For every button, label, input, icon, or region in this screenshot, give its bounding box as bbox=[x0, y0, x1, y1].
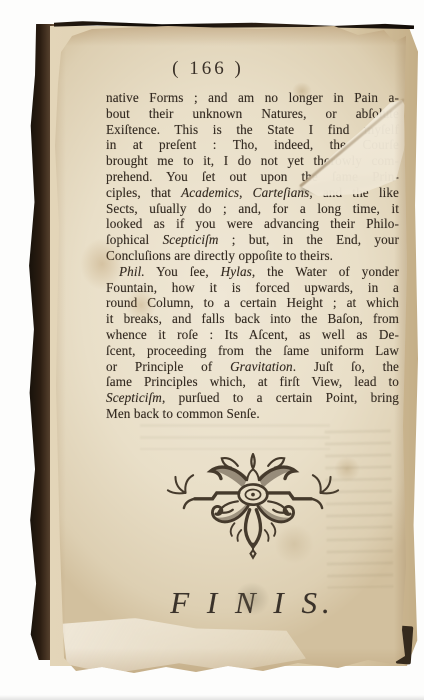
abrasion-patch bbox=[62, 618, 306, 676]
text-segment: Concluſions are directly oppoſite to the… bbox=[106, 248, 333, 263]
text-segment: Men back to common Senſe. bbox=[106, 406, 260, 421]
text-line: round Column, to a certain Height ; at w… bbox=[106, 295, 399, 311]
text-line: Concluſions are directly oppoſite to the… bbox=[106, 248, 399, 264]
finis-text: F I N I S. bbox=[106, 585, 399, 621]
woodcut-tailpiece-ornament-icon bbox=[106, 444, 399, 567]
text-segment: , bbox=[239, 185, 253, 200]
text-segment: native Forms ; and am no longer in Pain … bbox=[106, 90, 399, 105]
text-segment: ; but, in the End, your bbox=[219, 232, 399, 247]
text-line: Scepticiſm, purſued to a certain Point, … bbox=[106, 390, 399, 406]
text-segment: Gravitation bbox=[230, 359, 293, 374]
text-segment: Phil. bbox=[119, 264, 145, 279]
text-segment: , purſued to a certain Point, bring bbox=[162, 390, 399, 405]
text-segment: or Principle of bbox=[106, 359, 230, 374]
page-number: ( 166 ) bbox=[62, 58, 354, 80]
text-segment: looked as if you were advancing their Ph… bbox=[106, 216, 399, 231]
text-segment: Exiſtence. This is the State I find myſe… bbox=[106, 122, 399, 137]
text-segment: ſophical bbox=[106, 232, 163, 247]
text-line: ſcent, proceeding from the ſame uniform … bbox=[106, 343, 399, 359]
text-line: brought me to it, I do not yet thorowly … bbox=[106, 153, 399, 169]
book-page: ( 166 ) native Forms ; and am no longer … bbox=[48, 26, 408, 674]
text-segment: , the Water of yonder bbox=[252, 264, 399, 279]
text-segment: ſame Principles which, at firſt View, le… bbox=[106, 374, 399, 389]
text-segment: . Juſt ſo, the bbox=[293, 359, 399, 374]
text-segment: Fountain, how it is forced upwards, in a bbox=[106, 280, 399, 295]
text-segment: You ſee, bbox=[145, 264, 221, 279]
text-segment: Hylas bbox=[221, 264, 252, 279]
text-line: Men back to common Senſe. bbox=[106, 406, 399, 422]
text-segment: ciples, that bbox=[106, 185, 181, 200]
text-segment: Academics bbox=[181, 185, 239, 200]
text-segment: Scepticiſm bbox=[106, 390, 162, 405]
page-content: ( 166 ) native Forms ; and am no longer … bbox=[48, 26, 408, 621]
text-segment: Sects, uſually do ; and, for a long time… bbox=[106, 201, 399, 216]
text-line: looked as if you were advancing their Ph… bbox=[106, 216, 399, 232]
text-line: Exiſtence. This is the State I find myſe… bbox=[106, 122, 399, 138]
paragraph: Phil. You ſee, Hylas, the Water of yonde… bbox=[106, 264, 399, 422]
text-line: ſophical Scepticiſm ; but, in the End, y… bbox=[106, 232, 399, 248]
text-segment: it breaks, and falls back into the Baſon… bbox=[106, 311, 399, 326]
text-line: ſame Principles which, at firſt View, le… bbox=[106, 374, 399, 390]
text-segment: round Column, to a certain Height ; at w… bbox=[106, 295, 399, 310]
text-segment: ſcent, proceeding from the ſame uniform … bbox=[106, 343, 399, 358]
text-segment: brought me to it, I do not yet thorowly … bbox=[106, 153, 399, 168]
text-line: Phil. You ſee, Hylas, the Water of yonde… bbox=[106, 264, 399, 280]
text-line: it breaks, and falls back into the Baſon… bbox=[106, 311, 399, 327]
text-line: native Forms ; and am no longer in Pain … bbox=[106, 90, 399, 106]
text-line: Sects, uſually do ; and, for a long time… bbox=[106, 201, 399, 217]
text-segment: bout their unknown Natures, or abſolute bbox=[106, 106, 399, 121]
text-line: or Principle of Gravitation. Juſt ſo, th… bbox=[106, 359, 399, 375]
text-line: Fountain, how it is forced upwards, in a bbox=[106, 280, 399, 296]
book-photograph: ( 166 ) native Forms ; and am no longer … bbox=[0, 0, 424, 700]
text-segment: whence it roſe : Its Aſcent, as well as … bbox=[106, 327, 399, 342]
text-line: whence it roſe : Its Aſcent, as well as … bbox=[106, 327, 399, 343]
text-line: bout their unknown Natures, or abſolute bbox=[106, 106, 399, 122]
text-segment: Scepticiſm bbox=[163, 232, 219, 247]
